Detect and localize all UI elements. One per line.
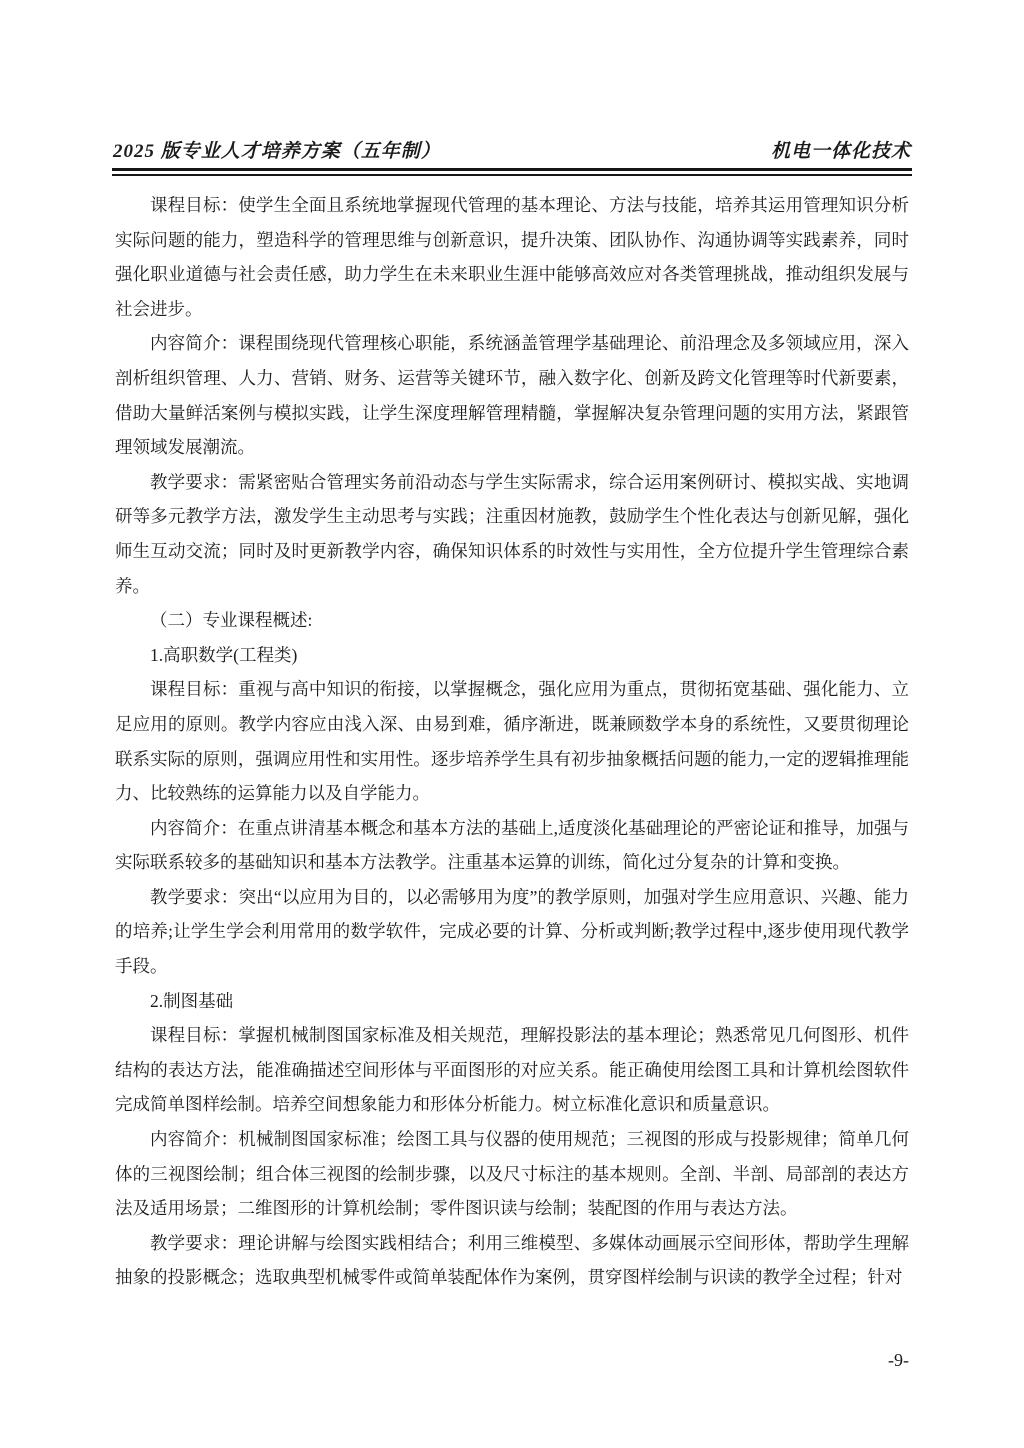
page-header: 2025 版专业人才培养方案（五年制） 机电一体化技术 — [113, 136, 911, 163]
page-number: -9- — [115, 1350, 909, 1371]
paragraph-content-intro-drafting: 内容简介：机械制图国家标准；绘图工具与仪器的使用规范；三视图的形成与投影规律；简… — [115, 1122, 909, 1226]
paragraph-course-goal-management: 课程目标：使学生全面且系统地掌握现代管理的基本理论、方法与技能，培养其运用管理知… — [115, 188, 909, 326]
header-right-title: 机电一体化技术 — [771, 136, 911, 163]
paragraph-content-intro-management: 内容简介：课程围绕现代管理核心职能，系统涵盖管理学基础理论、前沿理念及多领域应用… — [115, 326, 909, 464]
paragraph-teaching-requirements-drafting: 教学要求：理论讲解与绘图实践相结合；利用三维模型、多媒体动画展示空间形体，帮助学… — [115, 1226, 909, 1295]
section-heading-professional-courses: （二）专业课程概述: — [115, 603, 909, 638]
paragraph-course-goal-drafting: 课程目标：掌握机械制图国家标准及相关规范，理解投影法的基本理论；熟悉常见几何图形… — [115, 1018, 909, 1122]
header-double-rule — [112, 168, 912, 176]
section-heading-math: 1.高职数学(工程类) — [115, 638, 909, 673]
document-body: 课程目标：使学生全面且系统地掌握现代管理的基本理论、方法与技能，培养其运用管理知… — [115, 188, 909, 1295]
paragraph-course-goal-math: 课程目标：重视与高中知识的衔接，以掌握概念，强化应用为重点，贯彻拓宽基础、强化能… — [115, 672, 909, 810]
header-left-title: 2025 版专业人才培养方案（五年制） — [113, 136, 441, 163]
document-page: 2025 版专业人才培养方案（五年制） 机电一体化技术 课程目标：使学生全面且系… — [0, 0, 1024, 1448]
paragraph-teaching-requirements-math: 教学要求：突出“以应用为目的，以必需够用为度”的教学原则，加强对学生应用意识、兴… — [115, 880, 909, 984]
paragraph-teaching-requirements-management: 教学要求：需紧密贴合管理实务前沿动态与学生实际需求，综合运用案例研讨、模拟实战、… — [115, 465, 909, 603]
section-heading-drafting: 2.制图基础 — [115, 984, 909, 1019]
paragraph-content-intro-math: 内容简介：在重点讲清基本概念和基本方法的基础上,适度淡化基础理论的严密论证和推导… — [115, 811, 909, 880]
